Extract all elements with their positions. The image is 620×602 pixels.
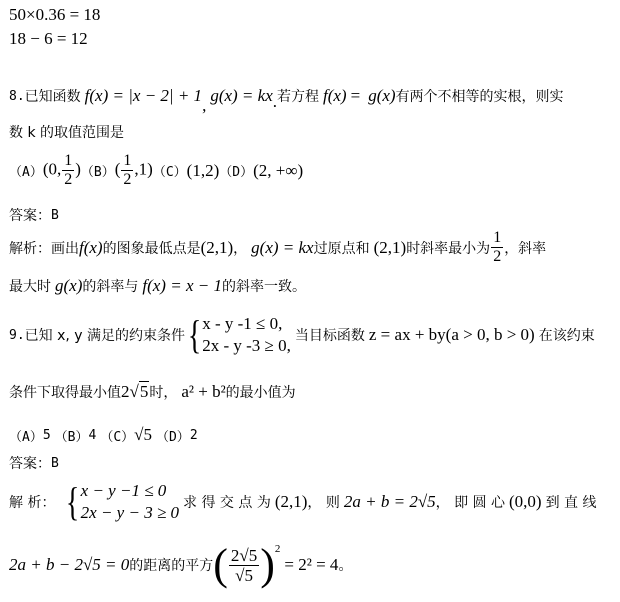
q8-analysis-text: 时斜率最小为 bbox=[406, 238, 490, 258]
q8-comma: , bbox=[202, 96, 206, 116]
q9-analysis-fraction: 2√5√5 bbox=[229, 547, 259, 584]
q9-constraint-system: x - y -1 ≤ 0, 2x - y -3 ≥ 0, bbox=[202, 313, 291, 357]
q8-condition-b: 有两个不相等的实根，则实 bbox=[396, 86, 564, 106]
q8-option-c-value: (1,2) bbox=[187, 161, 220, 181]
q9-analysis-system: x − y −1 ≤ 0 2x − y − 3 ≥ 0 bbox=[81, 480, 179, 524]
q8-answer-value: B bbox=[51, 208, 59, 223]
q8-answer-label: 答案： bbox=[9, 205, 51, 225]
q8-number: 8. bbox=[9, 89, 25, 104]
q9-analysis-label: 解 析： bbox=[9, 492, 55, 512]
q8-analysis-text: 的图象最低点是 bbox=[103, 238, 201, 258]
q8-analysis-text: 过原点和 bbox=[314, 238, 370, 258]
left-paren-icon: ( bbox=[213, 543, 228, 587]
q9-analysis-text: ， 即 圆 心 bbox=[436, 492, 505, 512]
q9-analysis-text: 到 直 线 bbox=[546, 492, 597, 512]
q9-objective: z = ax + by(a > 0, b > 0) bbox=[369, 325, 535, 345]
q9-analysis-eq-2: 2x − y − 3 ≥ 0 bbox=[81, 502, 179, 524]
calc-expression-1: 50×0.36 = 18 bbox=[9, 5, 100, 25]
q9-tail: 在该约束 bbox=[539, 325, 595, 345]
q9-stem-line-1: 9. 已知 x, y 满足的约束条件 { x - y -1 ≤ 0, 2x - … bbox=[9, 313, 595, 357]
q9-analysis-eq-1: x − y −1 ≤ 0 bbox=[81, 480, 179, 502]
q9-number: 9. bbox=[9, 328, 25, 343]
q9-stem-text: 的最小值为 bbox=[226, 382, 296, 402]
q8-analysis-line-2: 最大时 g(x) 的斜率与 f(x) = x − 1 的斜率一致。 bbox=[9, 276, 306, 296]
q8-analysis-text: 画出 bbox=[51, 238, 79, 258]
q9-option-d-label: （D） bbox=[156, 426, 190, 445]
q9-option-a-label: （A） bbox=[9, 426, 43, 445]
q9-intro: 已知 x, y 满足的约束条件 bbox=[25, 325, 185, 345]
q9-answer-value: B bbox=[51, 456, 59, 471]
q8-eq-sign: = bbox=[351, 86, 361, 106]
q8-period: . bbox=[273, 92, 277, 112]
q9-option-c-value: √5 bbox=[134, 425, 152, 445]
q9-stem-text: 条件下取得最小值 bbox=[9, 382, 121, 402]
q8-option-d-value: (2, +∞) bbox=[253, 161, 303, 181]
q8-option-c-label: （C） bbox=[153, 161, 187, 180]
q8-analysis-line-1: 解析： 画出 f(x) 的图象最低点是 (2,1) ， g(x) = kx 过原… bbox=[9, 230, 546, 265]
q9-analysis-text: 求 得 交 点 为 bbox=[183, 492, 271, 512]
q8-intro: 已知函数 bbox=[25, 86, 81, 106]
brace-icon: { bbox=[66, 482, 79, 522]
q8-stem-line-2: 数 k 的取值范围是 bbox=[9, 122, 124, 142]
q8-g-definition: g(x) = kx bbox=[210, 86, 272, 106]
q9-mid: 当目标函数 bbox=[295, 325, 365, 345]
q9-analysis-line-1: 解 析： { x − y −1 ≤ 0 2x − y − 3 ≥ 0 求 得 交… bbox=[9, 480, 597, 524]
q9-analysis-math: (2,1) bbox=[275, 492, 308, 512]
q9-option-d-value: 2 bbox=[190, 428, 198, 443]
q9-analysis-text: 的距离的平方 bbox=[129, 555, 213, 575]
q8-analysis-math: (2,1) bbox=[201, 238, 234, 258]
q8-analysis-math: (2,1) bbox=[374, 238, 407, 258]
q9-constraint-1: x - y -1 ≤ 0, bbox=[202, 313, 291, 335]
q8-condition-a: 若方程 bbox=[277, 86, 319, 106]
q8-option-b-value: (12,1) bbox=[115, 153, 153, 188]
q8-options: （A） (0,12) （B） (12,1) （C） (1,2) （D） (2, … bbox=[9, 153, 303, 188]
q8-analysis-text: ， bbox=[233, 238, 247, 258]
q8-eq-f: f(x) bbox=[323, 86, 347, 106]
q8-analysis-math: f(x) = x − 1 bbox=[142, 276, 222, 296]
q8-stem-continued: 数 k 的取值范围是 bbox=[9, 122, 124, 142]
q8-analysis-text: 的斜率一致。 bbox=[222, 276, 306, 296]
q8-analysis-math: f(x) bbox=[79, 238, 103, 258]
q8-answer: 答案： B bbox=[9, 205, 59, 225]
q9-stem-text: 时， bbox=[149, 382, 177, 402]
calc-line-2: 18 − 6 = 12 bbox=[9, 29, 88, 49]
q9-expression: a² + b² bbox=[181, 382, 225, 402]
q8-option-a-value: (0,12) bbox=[43, 153, 81, 188]
right-paren-icon: ) bbox=[260, 543, 275, 587]
brace-icon: { bbox=[188, 315, 201, 355]
q9-analysis-text: 。 bbox=[338, 555, 352, 575]
q9-analysis-math: = 2² = 4 bbox=[284, 555, 338, 575]
q8-option-d-label: （D） bbox=[219, 161, 253, 180]
q8-analysis-text: 最大时 bbox=[9, 276, 51, 296]
q9-analysis-exponent: 2 bbox=[275, 543, 281, 555]
q9-option-b-value: 4 bbox=[88, 428, 96, 443]
q8-analysis-math: g(x) = kx bbox=[251, 238, 313, 258]
q8-analysis-text: ，斜率 bbox=[504, 238, 546, 258]
q8-option-b-label: （B） bbox=[81, 161, 115, 180]
q9-option-c-label: （C） bbox=[100, 426, 134, 445]
q9-options: （A） 5 （B） 4 （C） √5 （D） 2 bbox=[9, 425, 198, 445]
q9-analysis-text: ， 则 bbox=[307, 492, 339, 512]
q8-f-definition: f(x) = |x − 2| + 1 bbox=[85, 86, 202, 106]
q8-analysis-text: 的斜率与 bbox=[82, 276, 138, 296]
q9-analysis-math: (0,0) bbox=[509, 492, 542, 512]
q9-answer: 答案： B bbox=[9, 453, 59, 473]
q9-option-a-value: 5 bbox=[43, 428, 51, 443]
calc-line-1: 50×0.36 = 18 bbox=[9, 5, 100, 25]
q9-min-value: 2√5 bbox=[121, 382, 149, 402]
q8-analysis-label: 解析： bbox=[9, 238, 51, 258]
q9-answer-label: 答案： bbox=[9, 453, 51, 473]
q9-option-b-label: （B） bbox=[55, 426, 89, 445]
q9-analysis-math: 2a + b = 2√5 bbox=[344, 492, 436, 512]
calc-expression-2: 18 − 6 = 12 bbox=[9, 29, 88, 49]
q8-analysis-math: g(x) bbox=[55, 276, 82, 296]
q8-option-a-label: （A） bbox=[9, 161, 43, 180]
q9-analysis-line-2: 2a + b − 2√5 = 0 的距离的平方 ( 2√5√5 ) 2 = 2²… bbox=[9, 543, 352, 587]
q9-analysis-math: 2a + b − 2√5 = 0 bbox=[9, 555, 129, 575]
q8-eq-g: g(x) bbox=[368, 86, 395, 106]
q8-stem-line-1: 8. 已知函数 f(x) = |x − 2| + 1 , g(x) = kx .… bbox=[9, 86, 564, 106]
q8-analysis-fraction: 12 bbox=[491, 230, 503, 265]
q9-constraint-2: 2x - y -3 ≥ 0, bbox=[202, 335, 291, 357]
q9-stem-line-2: 条件下取得最小值 2√5 时， a² + b² 的最小值为 bbox=[9, 382, 296, 402]
